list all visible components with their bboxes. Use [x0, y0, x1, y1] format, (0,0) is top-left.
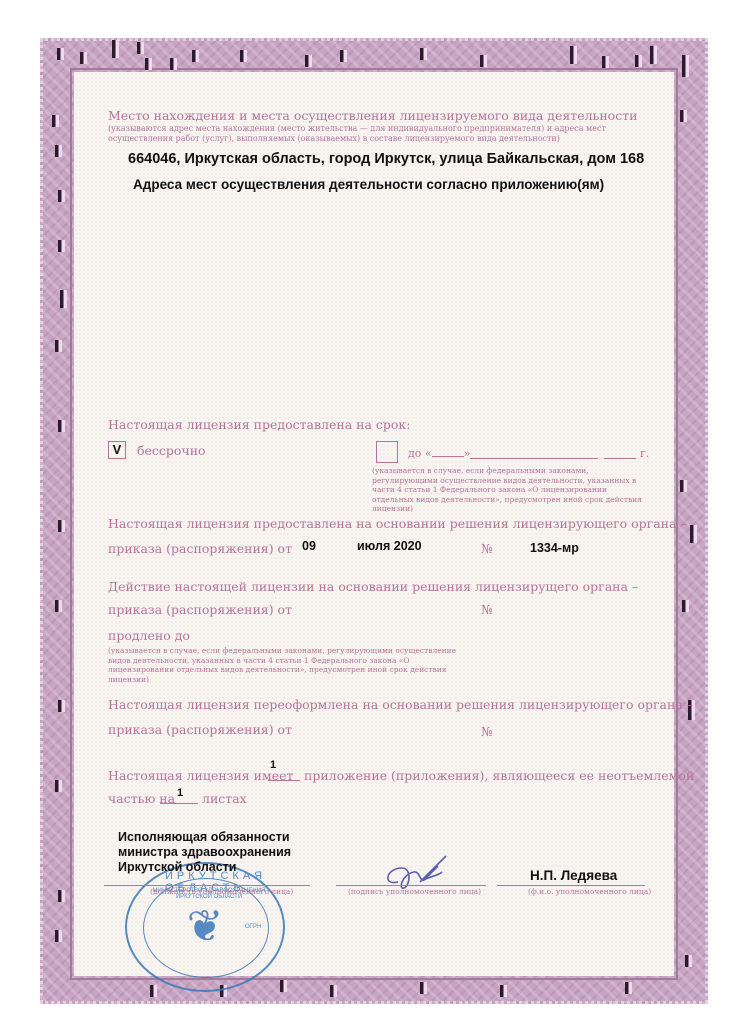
coat-of-arms-icon: ❦	[179, 898, 231, 956]
extended-until-label: продлено до	[108, 628, 190, 643]
until-year-field[interactable]	[604, 458, 636, 459]
until-day-field[interactable]	[432, 456, 464, 457]
name-line	[497, 885, 645, 886]
term-label: Настоящая лицензия предоставлена на срок…	[108, 417, 410, 432]
reissue-number-sign: №	[481, 724, 493, 739]
license-address: 664046, Иркутская область, город Иркутск…	[128, 151, 644, 167]
signer-position-line1: Исполняющая обязанности	[118, 830, 291, 845]
appendix-sheets: 1	[177, 787, 183, 799]
reissue-line2: приказа (распоряжения) от	[108, 722, 292, 737]
year-suffix: г.	[640, 447, 649, 460]
extension-note: (указывается в случае, если федеральными…	[108, 646, 468, 684]
signer-position-line2: министра здравоохранения	[118, 845, 291, 860]
name-caption: (ф.и.о. уполномоченного лица)	[528, 887, 651, 897]
appendix-prefix: Настоящая лицензия имеет	[108, 768, 293, 783]
until-checkbox[interactable]	[376, 441, 398, 463]
until-month-field[interactable]	[470, 458, 598, 459]
appendix-count-line	[268, 780, 300, 781]
signer-position-line3: Иркутской области	[118, 860, 291, 875]
signer-position: Исполняющая обязанности министра здравоо…	[118, 830, 291, 875]
extension-line1: Действие настоящей лицензии на основании…	[108, 579, 638, 594]
grant-line2: приказа (распоряжения) от	[108, 541, 292, 556]
until-open-quote: до «	[408, 447, 432, 460]
position-line	[104, 885, 310, 886]
extension-number-sign: №	[481, 602, 493, 617]
appendix-sheets-suffix: листах	[202, 791, 247, 806]
grant-number: 1334-мр	[530, 541, 579, 555]
activity-addresses: Адреса мест осуществления деятельности с…	[133, 177, 604, 192]
grant-day: 09	[302, 539, 316, 553]
until-label: до «»	[408, 447, 470, 460]
signature-caption: (подпись уполномоченного лица)	[348, 887, 481, 897]
extension-line2: приказа (распоряжения) от	[108, 602, 292, 617]
stamp-ogrn: ОГРН	[245, 924, 261, 930]
appendix-suffix: приложение (приложения), являющееся ее н…	[304, 768, 694, 783]
location-note: (указываются адрес места нахождения (мес…	[108, 124, 650, 144]
indefinite-label: бессрочно	[137, 443, 206, 458]
reissue-line1: Настоящая лицензия переоформлена на осно…	[108, 697, 693, 712]
appendix-sheets-line	[160, 803, 198, 804]
location-heading-text: Место нахождения и места осуществления л…	[108, 108, 637, 123]
grant-month-year: июля 2020	[357, 539, 422, 553]
appendix-count: 1	[270, 759, 276, 771]
grant-number-sign: №	[481, 541, 493, 556]
official-stamp: ❦ ИРКУТСКАЯ ОБЛАСТЬ МИНИСТЕРСТВО ЗДРАВОО…	[125, 862, 285, 992]
indefinite-checkbox[interactable]: V	[108, 441, 126, 459]
signer-name: Н.П. Ледяева	[530, 868, 617, 883]
until-note: (указывается в случае, если федеральными…	[372, 466, 644, 514]
location-heading: Место нахождения и места осуществления л…	[108, 108, 648, 123]
grant-line1: Настоящая лицензия предоставлена на осно…	[108, 516, 687, 531]
signature-line	[336, 885, 486, 886]
position-caption: (должность уполномоченного лица)	[150, 887, 293, 897]
